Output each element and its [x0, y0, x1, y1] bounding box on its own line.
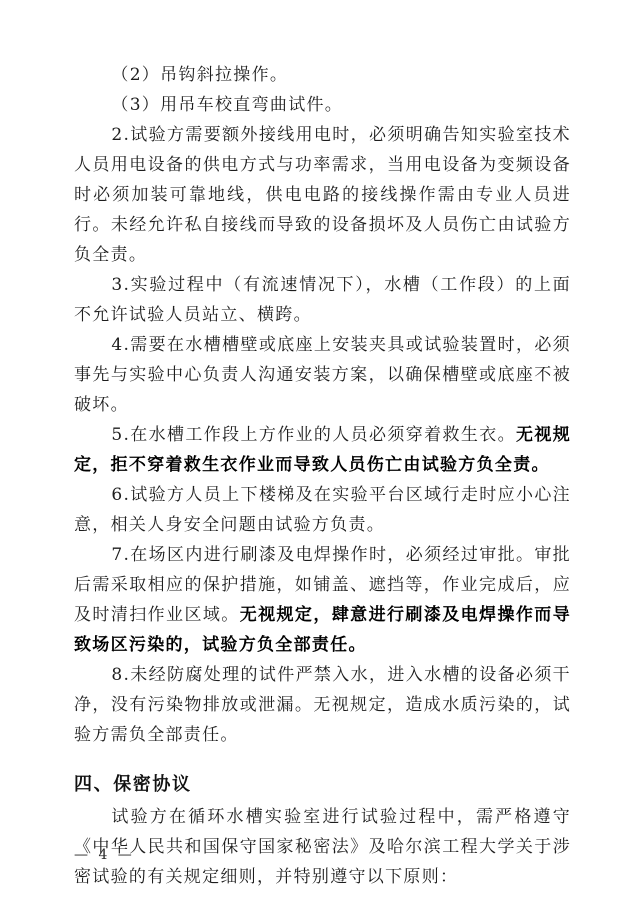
text-run: 3.实验过程中（有流速情况下），水槽（工作段）的上面不允许试验人员站立、横跨。 — [74, 275, 571, 325]
paragraph: （2）吊钩斜拉操作。 — [74, 60, 571, 90]
text-run: 5.在水槽工作段上方作业的人员必须穿着救生衣。 — [111, 425, 516, 445]
paragraph: 8.未经防腐处理的试件严禁入水，进入水槽的设备必须干净，没有污染物排放或泄漏。无… — [74, 660, 571, 750]
text-run: 四、保密协议 — [74, 774, 192, 795]
text-run: 6.试验方人员上下楼梯及在实验平台区域行走时应小心注意，相关人身安全问题由试验方… — [74, 485, 571, 535]
page-number: — 4 — — [74, 846, 135, 864]
paragraph: 试验方在循环水槽实验室进行试验过程中，需严格遵守《中华人民共和国保守国家秘密法》… — [74, 802, 571, 892]
document-body: （2）吊钩斜拉操作。（3）用吊车校直弯曲试件。2.试验方需要额外接线用电时，必须… — [74, 60, 571, 892]
paragraph: 3.实验过程中（有流速情况下），水槽（工作段）的上面不允许试验人员站立、横跨。 — [74, 270, 571, 330]
text-run: 试验方在循环水槽实验室进行试验过程中，需严格遵守《中华人民共和国保守国家秘密法》… — [74, 807, 571, 887]
text-run: 8.未经防腐处理的试件严禁入水，进入水槽的设备必须干净，没有污染物排放或泄漏。无… — [74, 665, 571, 745]
text-run: （2）吊钩斜拉操作。 — [111, 65, 288, 85]
document-page: （2）吊钩斜拉操作。（3）用吊车校直弯曲试件。2.试验方需要额外接线用电时，必须… — [0, 0, 639, 904]
text-run: （3）用吊车校直弯曲试件。 — [111, 95, 343, 115]
paragraph: 2.试验方需要额外接线用电时，必须明确告知实验室技术人员用电设备的供电方式与功率… — [74, 120, 571, 270]
paragraph: 5.在水槽工作段上方作业的人员必须穿着救生衣。无视规定，拒不穿着救生衣作业而导致… — [74, 420, 571, 480]
paragraph: 7.在场区内进行刷漆及电焊操作时，必须经过审批。审批后需采取相应的保护措施，如铺… — [74, 540, 571, 660]
paragraph: （3）用吊车校直弯曲试件。 — [74, 90, 571, 120]
text-run: 4.需要在水槽槽壁或底座上安装夹具或试验装置时，必须事先与实验中心负责人沟通安装… — [74, 335, 571, 415]
paragraph: 4.需要在水槽槽壁或底座上安装夹具或试验装置时，必须事先与实验中心负责人沟通安装… — [74, 330, 571, 420]
text-run: 2.试验方需要额外接线用电时，必须明确告知实验室技术人员用电设备的供电方式与功率… — [74, 125, 571, 265]
paragraph: 6.试验方人员上下楼梯及在实验平台区域行走时应小心注意，相关人身安全问题由试验方… — [74, 480, 571, 540]
section-heading: 四、保密协议 — [74, 770, 571, 800]
